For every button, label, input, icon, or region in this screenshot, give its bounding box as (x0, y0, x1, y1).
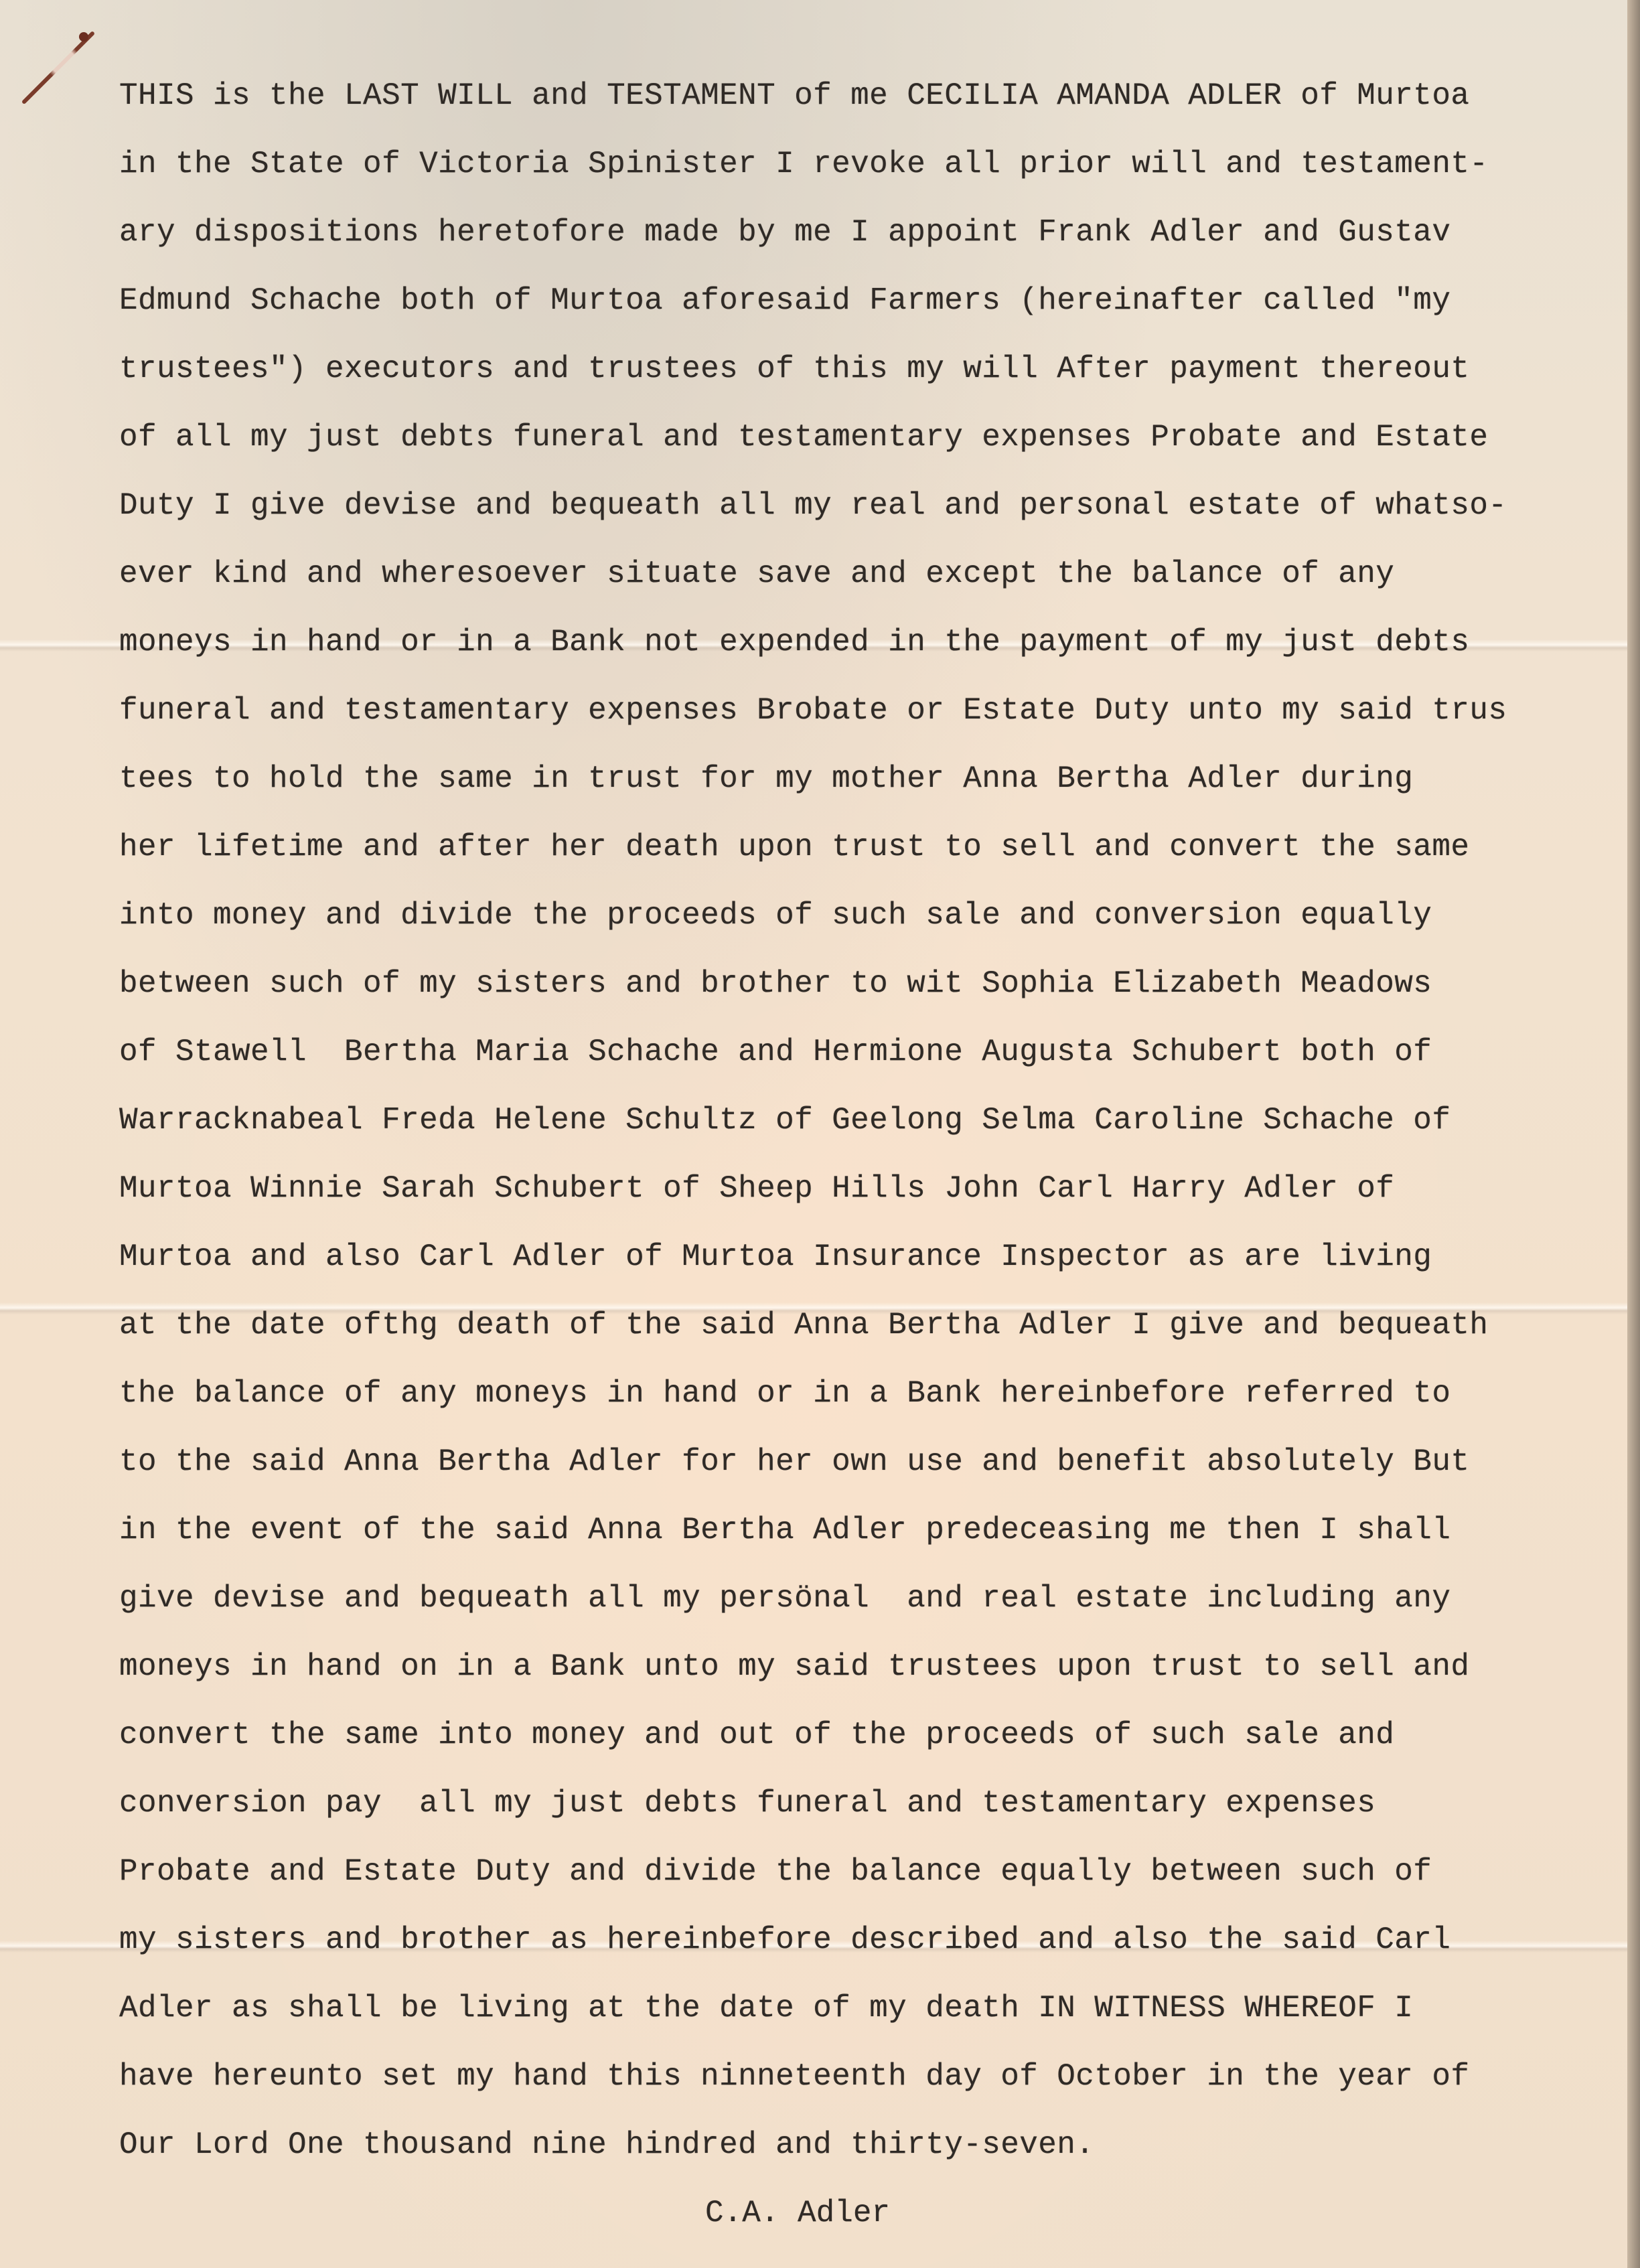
text-line: moneys in hand on in a Bank unto my said… (119, 1647, 1469, 1687)
text-line: of all my just debts funeral and testame… (119, 417, 1488, 457)
text-line: have hereunto set my hand this ninneteen… (119, 2056, 1469, 2097)
text-line: THIS is the LAST WILL and TESTAMENT of m… (119, 76, 1469, 116)
text-line: Edmund Schache both of Murtoa aforesaid … (119, 281, 1450, 321)
text-line: ever kind and wheresoever situate save a… (119, 554, 1394, 594)
text-line: trustees") executors and trustees of thi… (119, 349, 1469, 389)
text-line: my sisters and brother as hereinbefore d… (119, 1920, 1450, 1960)
text-line: Murtoa Winnie Sarah Schubert of Sheep Hi… (119, 1168, 1394, 1209)
text-line: between such of my sisters and brother t… (119, 964, 1432, 1004)
text-line: her lifetime and after her death upon tr… (119, 827, 1469, 867)
text-line: of Stawell Bertha Maria Schache and Herm… (119, 1032, 1432, 1072)
text-line: Our Lord One thousand nine hindred and t… (119, 2125, 1094, 2165)
text-line: Warracknabeal Freda Helene Schultz of Ge… (119, 1100, 1450, 1140)
signature: C.A. Adler (705, 2193, 890, 2233)
text-line: moneys in hand or in a Bank not expended… (119, 622, 1469, 662)
text-line: ary dispositions heretofore made by me I… (119, 212, 1450, 252)
text-line: convert the same into money and out of t… (119, 1715, 1394, 1755)
text-line: in the event of the said Anna Bertha Adl… (119, 1510, 1450, 1550)
paper-right-edge (1627, 0, 1640, 2268)
text-line: the balance of any moneys in hand or in … (119, 1373, 1450, 1414)
text-line: in the State of Victoria Spinister I rev… (119, 144, 1488, 184)
text-line: conversion pay all my just debts funeral… (119, 1783, 1375, 1823)
pin-head-icon (79, 32, 88, 42)
text-line: to the said Anna Bertha Adler for her ow… (119, 1442, 1469, 1482)
text-line: tees to hold the same in trust for my mo… (119, 759, 1413, 799)
text-line: Adler as shall be living at the date of … (119, 1988, 1413, 2028)
text-line: give devise and bequeath all my persönal… (119, 1578, 1450, 1618)
text-line: Murtoa and also Carl Adler of Murtoa Ins… (119, 1237, 1432, 1277)
text-line: Duty I give devise and bequeath all my r… (119, 485, 1507, 526)
text-line: Probate and Estate Duty and divide the b… (119, 1851, 1432, 1892)
text-line: into money and divide the proceeds of su… (119, 895, 1432, 935)
text-line: funeral and testamentary expenses Brobat… (119, 690, 1507, 731)
text-line: at the date ofthg death of the said Anna… (119, 1305, 1488, 1345)
